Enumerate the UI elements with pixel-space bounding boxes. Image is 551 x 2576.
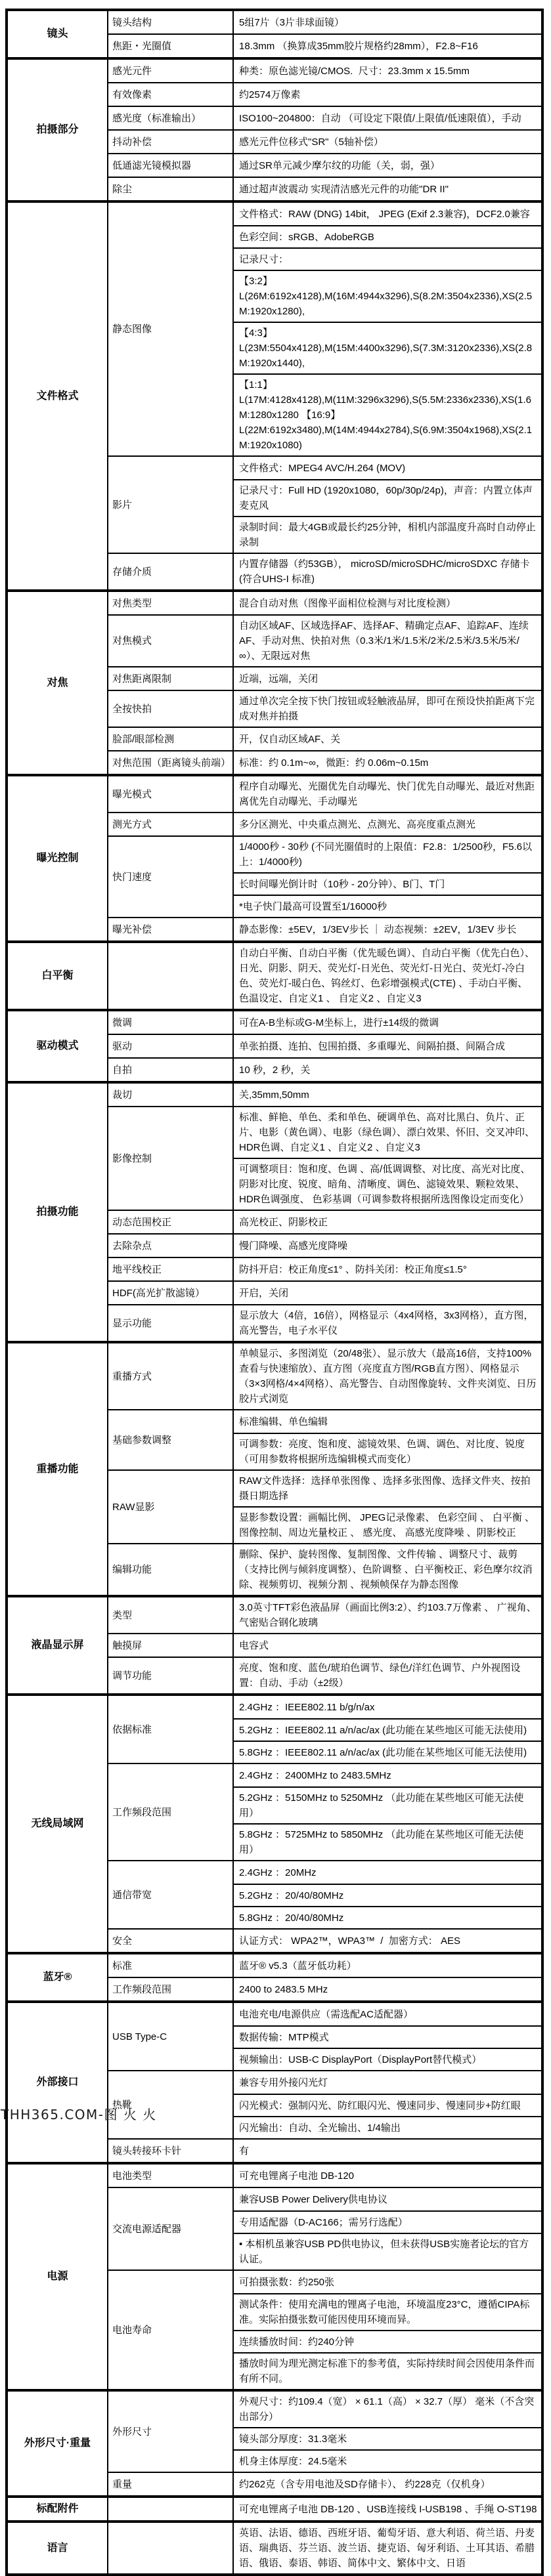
attr-row: 重播方式单帧显示、多图浏览（20/48张）、显示放大（最高16倍，支持100%查…	[108, 1343, 541, 1409]
attr-label: USB Type-C	[108, 2003, 234, 2070]
attr-label: 工作频段范围	[108, 1764, 234, 1860]
value-rows: 2.4GHz ：2400MHz to 2483.5MHz5.2GHz ：5150…	[234, 1764, 541, 1860]
attr-row: 触摸屏电容式	[108, 1633, 541, 1657]
attr-row: 显示功能显示放大（4倍，16倍），网格显示（4x4网格，3x3网格），直方图，高…	[108, 1304, 541, 1341]
attr-label: RAW显影	[108, 1471, 234, 1543]
attr-row: 交流电源适配器兼容USB Power Delivery供电协议专用适配器（D-A…	[108, 2187, 541, 2270]
attr-label: 编辑功能	[108, 1544, 234, 1595]
value-cell: 连续播放时间：约240分钟	[234, 2330, 541, 2352]
attr-label: 驱动	[108, 1035, 234, 1057]
value-cell: 记录尺寸：	[234, 247, 541, 270]
attr-row: 调节功能亮度、饱和度、蓝色/琥珀色调节、绿色/洋红色调节、户外视图设置：自动、手…	[108, 1657, 541, 1693]
attr-row: 动态范围校正高光校正、阴影校正	[108, 1210, 541, 1233]
value-rows: 近端，远端，关闭	[234, 667, 541, 690]
value-cell: 文件格式：RAW (DNG) 14bit， JPEG (Exif 2.3兼容)，…	[234, 203, 541, 225]
value-rows: 兼容专用外接闪光灯闪光模式：强制闪光、防红眼闪光、慢速同步、慢速同步+防红眼闪光…	[234, 2071, 541, 2138]
attr-label: 微调	[108, 1011, 234, 1034]
value-cell: 自动白平衡、自动白平衡（优先暖色调）、自动白平衡（优先白色）、日光、阴影、阴天、…	[234, 943, 541, 1009]
value-cell: 通过超声波震动 实现清洁感光元件的功能"DR II"	[234, 178, 541, 200]
spec-group-9: 液晶显示屏类型3.0英寸TFT彩色液晶屏（画面比例3:2）、约103.7万像素 …	[8, 1595, 541, 1693]
value-rows: 电池充电/电源供应（需选配AC适配器）数据传输：MTP模式视频输出：USB-C …	[234, 2003, 541, 2070]
value-cell: 关,35mm,50mm	[234, 1084, 541, 1106]
attr-row: 地平线校正防抖开启：校正角度≤1° 、防抖关闭：校正角度≤1.5°	[108, 1257, 541, 1280]
value-cell: 5组7片（3片非球面镜）	[234, 11, 541, 33]
value-cell: 单张拍摄、连拍、包围拍摄、多重曝光、间隔拍摄、间隔合成	[234, 1035, 541, 1057]
attr-label: 感光度（标准输出）	[108, 107, 234, 129]
attr-label: 静态图像	[108, 203, 234, 455]
value-cell: 有	[234, 2140, 541, 2162]
value-rows: 亮度、饱和度、蓝色/琥珀色调节、绿色/洋红色调节、户外视图设置：自动、手动（±2…	[234, 1658, 541, 1693]
value-cell: 标准：约 0.1m~∞，微距：约 0.06m~0.15m	[234, 751, 541, 774]
attr-row: 工作频段范围2400 to 2483.5 MHz	[108, 1977, 541, 2000]
attr-row: 影像控制标准、鲜艳、单色、柔和单色、硬调单色、高对比黑白、负片、正片、电影（黄色…	[108, 1106, 541, 1210]
attr-row: 标准蓝牙® v5.3（蓝牙低功耗）	[108, 1954, 541, 1977]
value-cell: 可充电锂离子电池 DB-120 、USB连接线 I-USB198 、手绳 O-S…	[234, 2498, 541, 2520]
value-rows: 可充电锂离子电池 DB-120 、USB连接线 I-USB198 、手绳 O-S…	[234, 2498, 541, 2520]
value-rows: 程序自动曝光、光圈优先自动曝光、快门优先自动曝光、最近对焦距离优先自动曝光、手动…	[234, 776, 541, 812]
value-cell: 近端，远端，关闭	[234, 667, 541, 690]
attr-label: 重量	[108, 2473, 234, 2495]
value-cell: 自动区域AF、区域选择AF、选择AF、精确定点AF、追踪AF、连续AF、手动对焦…	[234, 616, 541, 666]
attr-label: 安全	[108, 1930, 234, 1952]
value-cell: 认证方式： WPA2™，WPA3™ / 加密方式： AES	[234, 1930, 541, 1952]
value-rows: 认证方式： WPA2™，WPA3™ / 加密方式： AES	[234, 1930, 541, 1952]
attr-row: 电池寿命可拍摄张数：约250张测试条件：使用充满电的锂离子电池，环境温度23°C…	[108, 2270, 541, 2389]
value-rows: 2400 to 2483.5 MHz	[234, 1978, 541, 2000]
value-rows: 可在A-B坐标或G-M坐标上，进行±14级的微调	[234, 1011, 541, 1034]
value-cell: 录制时间：最大4GB或最长约25分钟，相机内部温度升高时自动停止录制	[234, 516, 541, 553]
group-rows: 曝光模式程序自动曝光、光圈优先自动曝光、快门优先自动曝光、最近对焦距离优先自动曝…	[108, 776, 541, 940]
attr-row: 感光元件种类：原色滤光镜/CMOS. 尺寸：23.3mm x 15.5mm	[108, 60, 541, 82]
spec-group-16: 语言英语、法语、德语、西班牙语、葡萄牙语、意大利语、荷兰语、丹麦语、瑞典语、芬兰…	[8, 2520, 541, 2573]
attr-label: 对焦模式	[108, 616, 234, 666]
category-label: 重播功能	[8, 1343, 108, 1595]
group-rows: 标准蓝牙® v5.3（蓝牙低功耗）工作频段范围2400 to 2483.5 MH…	[108, 1954, 541, 2000]
value-cell: 约262克（含专用电池及SD存储卡）、 约228克（仅机身）	[234, 2473, 541, 2495]
value-rows: 18.3mm （换算成35mm胶片规格约28mm），F2.8~F16	[234, 35, 541, 57]
value-cell: 2.4GHz ：20MHz	[234, 1861, 541, 1884]
attr-label: 镜头结构	[108, 11, 234, 33]
value-cell: 2.4GHz ：2400MHz to 2483.5MHz	[234, 1764, 541, 1786]
value-rows: 标准编辑、单色编辑可调参数：亮度、饱和度、滤镜效果、色调、调色、对比度、锐度（可…	[234, 1410, 541, 1469]
value-cell: 电容式	[234, 1634, 541, 1657]
value-rows: 兼容USB Power Delivery供电协议专用适配器（D-AC166；需另…	[234, 2188, 541, 2270]
value-cell: 2.4GHz ：IEEE802.11 b/g/n/ax	[234, 1696, 541, 1718]
attr-row: 有效像素约2574万像素	[108, 82, 541, 106]
attr-label: 曝光模式	[108, 776, 234, 812]
value-rows: 多分区测光、中央重点测光、点测光、高亮度重点测光	[234, 813, 541, 835]
value-cell: 10 秒，2 秒，关	[234, 1059, 541, 1081]
value-cell: 外观尺寸：约109.4（宽） × 61.1（高） × 32.7（厚） 毫米（不含…	[234, 2392, 541, 2427]
group-rows: 重播方式单帧显示、多图浏览（20/48张）、显示放大（最高16倍，支持100%查…	[108, 1343, 541, 1595]
attr-label: 低通滤光镜模拟器	[108, 154, 234, 177]
value-cell: 可充电锂离子电池 DB-120	[234, 2164, 541, 2187]
attr-label: 触摸屏	[108, 1634, 234, 1657]
spec-group-1: 拍摄部分感光元件种类：原色滤光镜/CMOS. 尺寸：23.3mm x 15.5m…	[8, 57, 541, 200]
attr-label: 焦距・光圈值	[108, 35, 234, 57]
group-rows: 电池类型可充电锂离子电池 DB-120交流电源适配器兼容USB Power De…	[108, 2164, 541, 2389]
value-cell: 5.8GHz ：IEEE802.11 a/n/ac/ax (此功能在某些地区可能…	[234, 1741, 541, 1763]
value-cell: 可拍摄张数：约250张	[234, 2271, 541, 2293]
value-cell: 3.0英寸TFT彩色液晶屏（画面比例3:2）、约103.7万像素 、 广视角、气…	[234, 1597, 541, 1633]
group-rows: 可充电锂离子电池 DB-120 、USB连接线 I-USB198 、手绳 O-S…	[108, 2498, 541, 2520]
attr-row: 全按快拍通过单次完全按下快门按钮或轻触液晶屏，即可在预设快拍距离下完成对焦并拍摄	[108, 690, 541, 727]
attr-label: 标准	[108, 1954, 234, 1977]
value-cell: 开启，关闭	[234, 1282, 541, 1304]
attr-row: 对焦类型混合自动对焦（图像平面相位检测与对比度检测）	[108, 592, 541, 614]
value-rows: 删除、保护、旋转图像、复制图像、文件传输 、调整尺寸、裁剪（支持比例与倾斜度调整…	[234, 1544, 541, 1595]
value-cell: 防抖开启：校正角度≤1° 、防抖关闭：校正角度≤1.5°	[234, 1258, 541, 1280]
attr-label: 自拍	[108, 1059, 234, 1081]
watermark: THH365.COM-图 火 火	[1, 2104, 157, 2123]
value-rows: 感光元件位移式"SR"（5轴补偿）	[234, 131, 541, 153]
value-rows: RAW文件选择：选择单张图像 、选择多张图像、选择文件夹、按拍摄日期选择显影参数…	[234, 1471, 541, 1543]
attr-row: 依据标准2.4GHz ：IEEE802.11 b/g/n/ax5.2GHz ：I…	[108, 1696, 541, 1763]
attr-label: 重播方式	[108, 1343, 234, 1409]
attr-row: 焦距・光圈值18.3mm （换算成35mm胶片规格约28mm），F2.8~F16	[108, 33, 541, 57]
attr-label: 外形尺寸	[108, 2392, 234, 2472]
attr-row: 自动白平衡、自动白平衡（优先暖色调）、自动白平衡（优先白色）、日光、阴影、阴天、…	[108, 943, 541, 1009]
value-rows: 英语、法语、德语、西班牙语、葡萄牙语、意大利语、荷兰语、丹麦语、瑞典语、芬兰语、…	[234, 2523, 541, 2573]
attr-row: 自拍10 秒，2 秒，关	[108, 1057, 541, 1081]
value-cell: 测试条件：使用充满电的锂离子电池，环境温度23°C，遵循CIPA标准。实际拍摄张…	[234, 2293, 541, 2330]
value-rows: 约262克（含专用电池及SD存储卡）、 约228克（仅机身）	[234, 2473, 541, 2495]
value-rows: 慢门降噪、高感光度降噪	[234, 1235, 541, 1257]
attr-label: 工作频段范围	[108, 1978, 234, 2000]
attr-label: 裁切	[108, 1084, 234, 1106]
spec-group-11: 蓝牙®标准蓝牙® v5.3（蓝牙低功耗）工作频段范围2400 to 2483.5…	[8, 1952, 541, 2000]
attr-row: 除尘通过超声波震动 实现清洁感光元件的功能"DR II"	[108, 177, 541, 200]
attr-label: 影像控制	[108, 1107, 234, 1210]
attr-row: 重量约262克（含专用电池及SD存储卡）、 约228克（仅机身）	[108, 2472, 541, 2495]
attr-row: 对焦模式自动区域AF、区域选择AF、选择AF、精确定点AF、追踪AF、连续AF、…	[108, 614, 541, 666]
value-cell: 多分区测光、中央重点测光、点测光、高亮度重点测光	[234, 813, 541, 835]
attr-label: 抖动补偿	[108, 131, 234, 153]
group-rows: 英语、法语、德语、西班牙语、葡萄牙语、意大利语、荷兰语、丹麦语、瑞典语、芬兰语、…	[108, 2523, 541, 2573]
spec-group-3: 对焦对焦类型混合自动对焦（图像平面相位检测与对比度检测）对焦模式自动区域AF、区…	[8, 589, 541, 774]
value-cell: 5.2GHz ：5150MHz to 5250MHz （此功能在某些地区可能无法…	[234, 1786, 541, 1823]
value-cell: 5.2GHz ：20/40/80MHz	[234, 1884, 541, 1906]
value-cell: 慢门降噪、高感光度降噪	[234, 1235, 541, 1257]
attr-row: 外形尺寸外观尺寸：约109.4（宽） × 61.1（高） × 32.7（厚） 毫…	[108, 2392, 541, 2472]
value-rows: 关,35mm,50mm	[234, 1084, 541, 1106]
value-rows: 电容式	[234, 1634, 541, 1657]
attr-row: 抖动补偿感光元件位移式"SR"（5轴补偿）	[108, 129, 541, 153]
attr-row: 安全认证方式： WPA2™，WPA3™ / 加密方式： AES	[108, 1928, 541, 1952]
category-label: 镜头	[8, 11, 108, 57]
spec-table: 镜头镜头结构5组7片（3片非球面镜）焦距・光圈值18.3mm （换算成35mm胶…	[5, 9, 544, 2576]
attr-label: 快门速度	[108, 837, 234, 917]
category-label: 拍摄功能	[8, 1084, 108, 1341]
value-rows: 1/4000秒 - 30秒 (不同光圈值时的上限值：F2.8：1/2500秒，F…	[234, 837, 541, 917]
value-rows: 种类：原色滤光镜/CMOS. 尺寸：23.3mm x 15.5mm	[234, 60, 541, 82]
value-cell: 视频输出：USB-C DisplayPort（DisplayPort替代模式）	[234, 2048, 541, 2070]
value-cell: 标准、鲜艳、单色、柔和单色、硬调单色、高对比黑白、负片、正片、电影（黄色调）、电…	[234, 1107, 541, 1158]
value-rows: 3.0英寸TFT彩色液晶屏（画面比例3:2）、约103.7万像素 、 广视角、气…	[234, 1597, 541, 1633]
spec-group-13: 电源电池类型可充电锂离子电池 DB-120交流电源适配器兼容USB Power …	[8, 2162, 541, 2389]
spec-group-6: 驱动模式微调可在A-B坐标或G-M坐标上，进行±14级的微调驱动单张拍摄、连拍、…	[8, 1009, 541, 1081]
spec-group-10: 无线局域网依据标准2.4GHz ：IEEE802.11 b/g/n/ax5.2G…	[8, 1693, 541, 1952]
value-rows: 显示放大（4倍，16倍），网格显示（4x4网格，3x3网格），直方图，高光警告，…	[234, 1305, 541, 1341]
value-cell: ISO100~204800：自动 （可设定下限值/上限值/低速限值），手动	[234, 107, 541, 129]
value-rows: 单帧显示、多图浏览（20/48张）、显示放大（最高16倍，支持100%查看与快速…	[234, 1343, 541, 1409]
value-cell: 文件格式：MPEG4 AVC/H.264 (MOV)	[234, 457, 541, 479]
category-label: 无线局域网	[8, 1696, 108, 1952]
value-cell: 色彩空间：sRGB、AdobeRGB	[234, 225, 541, 247]
value-cell: 可调参数：亮度、饱和度、滤镜效果、色调、调色、对比度、锐度（可用参数将根据所选编…	[234, 1433, 541, 1469]
value-cell: 镜头部分厚度：31.3毫米	[234, 2427, 541, 2449]
value-cell: 约2574万像素	[234, 83, 541, 106]
value-cell: 开，仅自动区域AF、关	[234, 728, 541, 750]
value-cell: 兼容专用外接闪光灯	[234, 2071, 541, 2094]
attr-row: 基础参数调整标准编辑、单色编辑可调参数：亮度、饱和度、滤镜效果、色调、调色、对比…	[108, 1409, 541, 1469]
attr-label: 动态范围校正	[108, 1211, 234, 1233]
value-cell: 长时间曝光倒计时（10秒 - 20分钟）、B门、T门	[234, 872, 541, 895]
attr-row: 裁切关,35mm,50mm	[108, 1084, 541, 1106]
attr-label: HDF(高光扩散滤镜）	[108, 1282, 234, 1304]
attr-label: 电池寿命	[108, 2271, 234, 2389]
group-rows: 裁切关,35mm,50mm影像控制标准、鲜艳、单色、柔和单色、硬调单色、高对比黑…	[108, 1084, 541, 1341]
value-cell: 电池充电/电源供应（需选配AC适配器）	[234, 2003, 541, 2025]
spec-group-14: 外形尺寸·重量外形尺寸外观尺寸：约109.4（宽） × 61.1（高） × 32…	[8, 2389, 541, 2495]
group-rows: 自动白平衡、自动白平衡（优先暖色调）、自动白平衡（优先白色）、日光、阴影、阴天、…	[108, 943, 541, 1009]
value-cell: 1/4000秒 - 30秒 (不同光圈值时的上限值：F2.8：1/2500秒，F…	[234, 837, 541, 872]
attr-row: 微调可在A-B坐标或G-M坐标上，进行±14级的微调	[108, 1011, 541, 1034]
attr-label: 感光元件	[108, 60, 234, 82]
attr-row: 脸部/眼部检测开，仅自动区域AF、关	[108, 727, 541, 750]
attr-row: 类型3.0英寸TFT彩色液晶屏（画面比例3:2）、约103.7万像素 、 广视角…	[108, 1597, 541, 1633]
category-label: 语言	[8, 2523, 108, 2573]
attr-row: RAW显影RAW文件选择：选择单张图像 、选择多张图像、选择文件夹、按拍摄日期选…	[108, 1469, 541, 1543]
value-cell: RAW文件选择：选择单张图像 、选择多张图像、选择文件夹、按拍摄日期选择	[234, 1471, 541, 1506]
attr-row: 镜头转接环卡针有	[108, 2138, 541, 2162]
attr-row: 镜头结构5组7片（3片非球面镜）	[108, 11, 541, 33]
value-cell: • 本相机虽兼容USB PD供电协议，但未获得USB实施者论坛的官方认证。	[234, 2233, 541, 2270]
category-label: 驱动模式	[8, 1011, 108, 1081]
category-label: 白平衡	[8, 943, 108, 1009]
group-rows: 外形尺寸外观尺寸：约109.4（宽） × 61.1（高） × 32.7（厚） 毫…	[108, 2392, 541, 2495]
attr-row: 去除杂点慢门降噪、高感光度降噪	[108, 1233, 541, 1257]
attr-label: 影片	[108, 457, 234, 553]
value-cell: 兼容USB Power Delivery供电协议	[234, 2188, 541, 2210]
category-label: 外形尺寸·重量	[8, 2392, 108, 2495]
value-cell: 混合自动对焦（图像平面相位检测与对比度检测）	[234, 592, 541, 614]
value-rows: 蓝牙® v5.3（蓝牙低功耗）	[234, 1954, 541, 1977]
group-rows: USB Type-C电池充电/电源供应（需选配AC适配器）数据传输：MTP模式视…	[108, 2003, 541, 2162]
value-rows: 通过SR单元减少摩尔纹的功能（关，弱，强）	[234, 154, 541, 177]
attr-label: 对焦类型	[108, 592, 234, 614]
attr-label: 对焦距离限制	[108, 667, 234, 690]
attr-label: 基础参数调整	[108, 1410, 234, 1469]
value-rows: 高光校正、阴影校正	[234, 1211, 541, 1233]
value-rows: 有	[234, 2140, 541, 2162]
value-cell: 感光元件位移式"SR"（5轴补偿）	[234, 131, 541, 153]
attr-label: 类型	[108, 1597, 234, 1633]
value-cell: 显影参数设置：画幅比例、 JPEG记录像素、 色彩空间 、 白平衡 、图像控制、…	[234, 1506, 541, 1543]
group-rows: 对焦类型混合自动对焦（图像平面相位检测与对比度检测）对焦模式自动区域AF、区域选…	[108, 592, 541, 774]
group-rows: 镜头结构5组7片（3片非球面镜）焦距・光圈值18.3mm （换算成35mm胶片规…	[108, 11, 541, 57]
value-cell: 高光校正、阴影校正	[234, 1211, 541, 1233]
attr-row: 热靴兼容专用外接闪光灯闪光模式：强制闪光、防红眼闪光、慢速同步、慢速同步+防红眼…	[108, 2070, 541, 2138]
value-cell: 5.8GHz ：5725MHz to 5850MHz （此功能在某些地区可能无法…	[234, 1823, 541, 1860]
attr-row: 可充电锂离子电池 DB-120 、USB连接线 I-USB198 、手绳 O-S…	[108, 2498, 541, 2520]
attr-label: 去除杂点	[108, 1235, 234, 1257]
attr-row: USB Type-C电池充电/电源供应（需选配AC适配器）数据传输：MTP模式视…	[108, 2003, 541, 2070]
value-cell: 18.3mm （换算成35mm胶片规格约28mm），F2.8~F16	[234, 35, 541, 57]
attr-row: 影片文件格式：MPEG4 AVC/H.264 (MOV)记录尺寸：Full HD…	[108, 455, 541, 553]
attr-row: HDF(高光扩散滤镜）开启，关闭	[108, 1280, 541, 1304]
value-rows: 通过超声波震动 实现清洁感光元件的功能"DR II"	[234, 178, 541, 200]
value-rows: 可拍摄张数：约250张测试条件：使用充满电的锂离子电池，环境温度23°C，遵循C…	[234, 2271, 541, 2389]
attr-label: 存储介质	[108, 554, 234, 589]
value-rows: 通过单次完全按下快门按钮或轻触液晶屏，即可在预设快拍距离下完成对焦并拍摄	[234, 691, 541, 727]
value-cell: 5.8GHz ：20/40/80MHz	[234, 1906, 541, 1928]
attr-row: 低通滤光镜模拟器通过SR单元减少摩尔纹的功能（关，弱，强）	[108, 153, 541, 177]
value-rows: 5组7片（3片非球面镜）	[234, 11, 541, 33]
value-rows: 标准：约 0.1m~∞，微距：约 0.06m~0.15m	[234, 751, 541, 774]
attr-label: 除尘	[108, 178, 234, 200]
category-label: 电源	[8, 2164, 108, 2389]
value-cell: 5.2GHz ：IEEE802.11 a/n/ac/ax (此功能在某些地区可能…	[234, 1718, 541, 1741]
value-cell: 可调整项目：饱和度、色调 、高/低调调整、对比度、高光对比度、阴影对比度、锐度、…	[234, 1158, 541, 1210]
value-rows: 自动区域AF、区域选择AF、选择AF、精确定点AF、追踪AF、连续AF、手动对焦…	[234, 616, 541, 666]
value-rows: 约2574万像素	[234, 83, 541, 106]
value-rows: 标准、鲜艳、单色、柔和单色、硬调单色、高对比黑白、负片、正片、电影（黄色调）、电…	[234, 1107, 541, 1210]
value-cell: 【4:3】 L(23M:5504x4128),M(15M:4400x3296),…	[234, 322, 541, 373]
value-rows: 静态影像：±5EV，1/3EV步长 ｜ 动态视频：±2EV，1/3EV 步长	[234, 918, 541, 940]
attr-label: 地平线校正	[108, 1258, 234, 1280]
spec-group-8: 重播功能重播方式单帧显示、多图浏览（20/48张）、显示放大（最高16倍，支持1…	[8, 1341, 541, 1595]
value-cell: 通过SR单元减少摩尔纹的功能（关，弱，强）	[234, 154, 541, 177]
attr-row: 曝光模式程序自动曝光、光圈优先自动曝光、快门优先自动曝光、最近对焦距离优先自动曝…	[108, 776, 541, 812]
value-cell: 闪光模式：强制闪光、防红眼闪光、慢速同步、慢速同步+防红眼	[234, 2094, 541, 2116]
attr-label: 对焦范围（距离镜头前端）	[108, 751, 234, 774]
group-rows: 静态图像文件格式：RAW (DNG) 14bit， JPEG (Exif 2.3…	[108, 203, 541, 589]
category-label: 对焦	[8, 592, 108, 774]
attr-row: 存储介质内置存储器（约53GB）， microSD/microSDHC/micr…	[108, 553, 541, 589]
attr-label: 有效像素	[108, 83, 234, 106]
spec-group-12: 外部接口USB Type-C电池充电/电源供应（需选配AC适配器）数据传输：MT…	[8, 2000, 541, 2162]
value-rows: 防抖开启：校正角度≤1° 、防抖关闭：校正角度≤1.5°	[234, 1258, 541, 1280]
category-label: 曝光控制	[8, 776, 108, 940]
value-cell: 标准编辑、单色编辑	[234, 1410, 541, 1433]
value-rows: 开，仅自动区域AF、关	[234, 728, 541, 750]
attr-row: 驱动单张拍摄、连拍、包围拍摄、多重曝光、间隔拍摄、间隔合成	[108, 1034, 541, 1057]
value-rows: 文件格式：RAW (DNG) 14bit， JPEG (Exif 2.3兼容)，…	[234, 203, 541, 455]
attr-row: 对焦距离限制近端，远端，关闭	[108, 666, 541, 690]
value-cell: 内置存储器（约53GB）， microSD/microSDHC/microSDX…	[234, 554, 541, 589]
attr-label: 镜头转接环卡针	[108, 2140, 234, 2162]
category-label: 文件格式	[8, 203, 108, 589]
group-rows: 依据标准2.4GHz ：IEEE802.11 b/g/n/ax5.2GHz ：I…	[108, 1696, 541, 1952]
spec-group-2: 文件格式静态图像文件格式：RAW (DNG) 14bit， JPEG (Exif…	[8, 200, 541, 589]
attr-row: 英语、法语、德语、西班牙语、葡萄牙语、意大利语、荷兰语、丹麦语、瑞典语、芬兰语、…	[108, 2523, 541, 2573]
value-cell: 程序自动曝光、光圈优先自动曝光、快门优先自动曝光、最近对焦距离优先自动曝光、手动…	[234, 776, 541, 812]
value-rows: 外观尺寸：约109.4（宽） × 61.1（高） × 32.7（厚） 毫米（不含…	[234, 2392, 541, 2472]
value-cell: 显示放大（4倍，16倍），网格显示（4x4网格，3x3网格），直方图，高光警告，…	[234, 1305, 541, 1341]
group-rows: 类型3.0英寸TFT彩色液晶屏（画面比例3:2）、约103.7万像素 、 广视角…	[108, 1597, 541, 1693]
value-cell: 英语、法语、德语、西班牙语、葡萄牙语、意大利语、荷兰语、丹麦语、瑞典语、芬兰语、…	[234, 2523, 541, 2573]
value-rows: 混合自动对焦（图像平面相位检测与对比度检测）	[234, 592, 541, 614]
value-rows: 单张拍摄、连拍、包围拍摄、多重曝光、间隔拍摄、间隔合成	[234, 1035, 541, 1057]
value-cell: 机身主体厚度：24.5毫米	[234, 2449, 541, 2472]
attr-label: 交流电源适配器	[108, 2188, 234, 2270]
attr-label: 测光方式	[108, 813, 234, 835]
value-cell: 单帧显示、多图浏览（20/48张）、显示放大（最高16倍，支持100%查看与快速…	[234, 1343, 541, 1409]
value-cell: 专用适配器（D-AC166；需另行选配）	[234, 2210, 541, 2233]
attr-label: 脸部/眼部检测	[108, 728, 234, 750]
spec-group-15: 标配附件可充电锂离子电池 DB-120 、USB连接线 I-USB198 、手绳…	[8, 2495, 541, 2520]
value-cell: 数据传输：MTP模式	[234, 2025, 541, 2048]
category-label: 液晶显示屏	[8, 1597, 108, 1693]
value-rows: 可充电锂离子电池 DB-120	[234, 2164, 541, 2187]
group-rows: 微调可在A-B坐标或G-M坐标上，进行±14级的微调驱动单张拍摄、连拍、包围拍摄…	[108, 1011, 541, 1081]
spec-group-4: 曝光控制曝光模式程序自动曝光、光圈优先自动曝光、快门优先自动曝光、最近对焦距离优…	[8, 774, 541, 940]
attr-label: 曝光补偿	[108, 918, 234, 940]
value-cell: 播放时间为理光测定标准下的参考值，实际持续时间会因使用条件而有所不同。	[234, 2352, 541, 2389]
attr-row: 电池类型可充电锂离子电池 DB-120	[108, 2164, 541, 2187]
category-label: 蓝牙®	[8, 1954, 108, 2000]
attr-label: 全按快拍	[108, 691, 234, 727]
value-cell: 通过单次完全按下快门按钮或轻触液晶屏，即可在预设快拍距离下完成对焦并拍摄	[234, 691, 541, 727]
spec-group-7: 拍摄功能裁切关,35mm,50mm影像控制标准、鲜艳、单色、柔和单色、硬调单色、…	[8, 1081, 541, 1341]
value-cell: 种类：原色滤光镜/CMOS. 尺寸：23.3mm x 15.5mm	[234, 60, 541, 82]
value-rows: 开启，关闭	[234, 1282, 541, 1304]
attr-label: 调节功能	[108, 1658, 234, 1693]
spec-group-0: 镜头镜头结构5组7片（3片非球面镜）焦距・光圈值18.3mm （换算成35mm胶…	[8, 11, 541, 57]
value-cell: 可在A-B坐标或G-M坐标上，进行±14级的微调	[234, 1011, 541, 1034]
value-cell: 静态影像：±5EV，1/3EV步长 ｜ 动态视频：±2EV，1/3EV 步长	[234, 918, 541, 940]
category-label: 外部接口	[8, 2003, 108, 2162]
value-cell: 蓝牙® v5.3（蓝牙低功耗）	[234, 1954, 541, 1977]
attr-row: 感光度（标准输出）ISO100~204800：自动 （可设定下限值/上限值/低速…	[108, 106, 541, 129]
value-cell: 【3:2】 L(26M:6192x4128),M(16M:4944x3296),…	[234, 270, 541, 322]
attr-label	[108, 943, 234, 1009]
value-rows: 自动白平衡、自动白平衡（优先暖色调）、自动白平衡（优先白色）、日光、阴影、阴天、…	[234, 943, 541, 1009]
value-rows: 10 秒，2 秒，关	[234, 1059, 541, 1081]
attr-row: 工作频段范围2.4GHz ：2400MHz to 2483.5MHz5.2GHz…	[108, 1763, 541, 1860]
value-rows: 2.4GHz ：20MHz5.2GHz ：20/40/80MHz5.8GHz ：…	[234, 1861, 541, 1928]
attr-label: 通信带宽	[108, 1861, 234, 1928]
group-rows: 感光元件种类：原色滤光镜/CMOS. 尺寸：23.3mm x 15.5mm有效像…	[108, 60, 541, 200]
value-rows: 内置存储器（约53GB）， microSD/microSDHC/microSDX…	[234, 554, 541, 589]
spec-group-5: 白平衡自动白平衡、自动白平衡（优先暖色调）、自动白平衡（优先白色）、日光、阴影、…	[8, 940, 541, 1009]
category-label: 标配附件	[8, 2498, 108, 2520]
value-cell: 亮度、饱和度、蓝色/琥珀色调节、绿色/洋红色调节、户外视图设置：自动、手动（±2…	[234, 1658, 541, 1693]
value-cell: 闪光输出：自动、全光输出、1/4输出	[234, 2116, 541, 2138]
value-rows: 文件格式：MPEG4 AVC/H.264 (MOV)记录尺寸：Full HD (…	[234, 457, 541, 553]
attr-row: 静态图像文件格式：RAW (DNG) 14bit， JPEG (Exif 2.3…	[108, 203, 541, 455]
value-rows: ISO100~204800：自动 （可设定下限值/上限值/低速限值），手动	[234, 107, 541, 129]
attr-label: 显示功能	[108, 1305, 234, 1341]
category-label: 拍摄部分	[8, 60, 108, 200]
value-cell: 删除、保护、旋转图像、复制图像、文件传输 、调整尺寸、裁剪（支持比例与倾斜度调整…	[234, 1544, 541, 1595]
attr-label	[108, 2498, 234, 2520]
attr-row: 曝光补偿静态影像：±5EV，1/3EV步长 ｜ 动态视频：±2EV，1/3EV …	[108, 917, 541, 940]
value-cell: 记录尺寸：Full HD (1920x1080，60p/30p/24p)，声音：…	[234, 479, 541, 516]
attr-label: 电池类型	[108, 2164, 234, 2187]
attr-label	[108, 2523, 234, 2573]
value-rows: 2.4GHz ：IEEE802.11 b/g/n/ax5.2GHz ：IEEE8…	[234, 1696, 541, 1763]
attr-row: 测光方式多分区测光、中央重点测光、点测光、高亮度重点测光	[108, 812, 541, 835]
attr-row: 编辑功能删除、保护、旋转图像、复制图像、文件传输 、调整尺寸、裁剪（支持比例与倾…	[108, 1543, 541, 1595]
attr-row: 对焦范围（距离镜头前端）标准：约 0.1m~∞，微距：约 0.06m~0.15m	[108, 750, 541, 774]
attr-row: 通信带宽2.4GHz ：20MHz5.2GHz ：20/40/80MHz5.8G…	[108, 1860, 541, 1928]
value-cell: 【1:1】 L(17M:4128x4128),M(11M:3296x3296),…	[234, 373, 541, 455]
attr-label: 依据标准	[108, 1696, 234, 1763]
value-cell: 2400 to 2483.5 MHz	[234, 1978, 541, 2000]
value-cell: *电子快门最高可设置至1/16000秒	[234, 895, 541, 917]
